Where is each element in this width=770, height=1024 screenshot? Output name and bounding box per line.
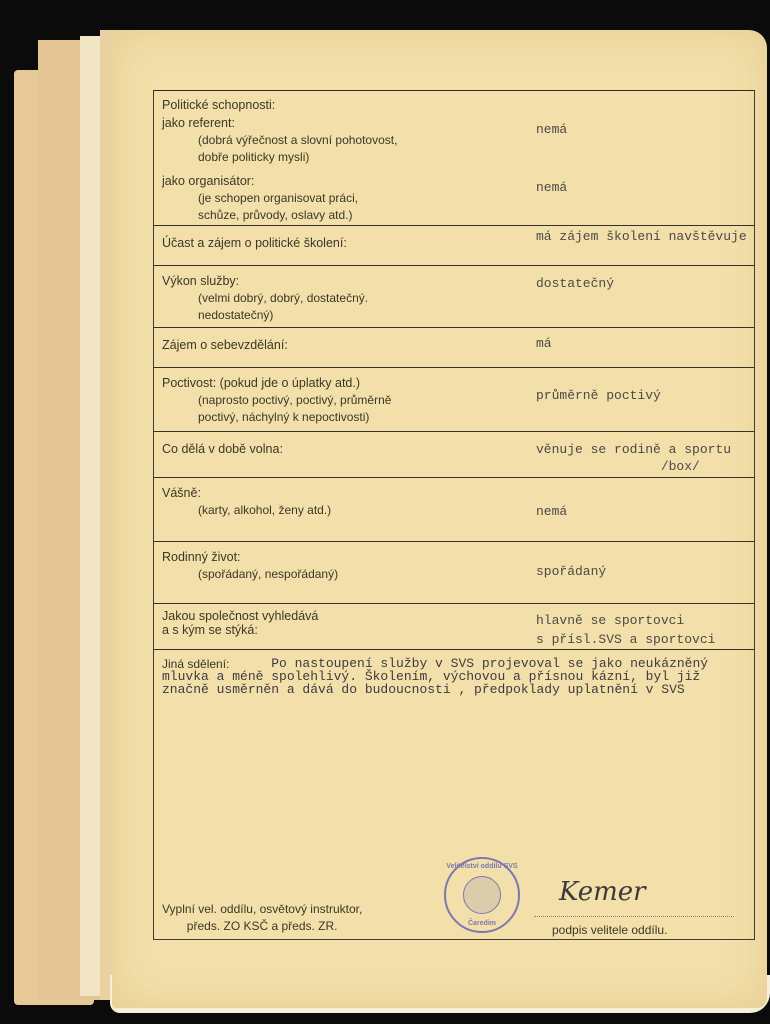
label-text: Poctivost: (pokud jde o úplatky atd.) (162, 376, 360, 390)
sublabel: (spořádaný, nespořádaný) (162, 566, 338, 583)
label-text: jako referent: (162, 116, 235, 130)
signature-line (534, 916, 734, 917)
sublabel: (dobrá výřečnost a slovní pohotovost, (162, 132, 397, 149)
label-text: Rodinný život: (162, 550, 241, 564)
row-political-training: Účast a zájem o politické školení: má zá… (154, 225, 754, 266)
label-political-training: Účast a zájem o politické školení: (162, 235, 347, 252)
row-family-life: Rodinný život: (spořádaný, nespořádaný) … (154, 541, 754, 604)
row-self-education: Zájem o sebevzdělání: má (154, 327, 754, 368)
stamp-text-bottom: Čaredim (446, 920, 518, 927)
value-as-organiser: nemá (536, 179, 567, 196)
sublabel: (je schopen organisovat práci, (162, 190, 358, 207)
sublabel: (karty, alkohol, ženy atd.) (162, 502, 331, 519)
label-as-organiser: jako organisátor: (je schopen organisova… (162, 173, 358, 224)
label-honesty: Poctivost: (pokud jde o úplatky atd.) (n… (162, 375, 391, 426)
value-free-time: věnuje se rodině a sportu /box/ (536, 441, 731, 475)
sublabel: (naprosto poctivý, poctivý, průměrně (162, 392, 391, 409)
value-self-education: má (536, 335, 552, 352)
sublabel: (velmi dobrý, dobrý, dostatečný. (162, 290, 368, 307)
value-family-life: spořádaný (536, 563, 606, 580)
emblem-icon (463, 876, 501, 914)
value-as-speaker: nemá (536, 121, 567, 138)
label-vices: Vášně: (karty, alkohol, ženy atd.) (162, 485, 331, 519)
label-family-life: Rodinný život: (spořádaný, nespořádaný) (162, 549, 338, 583)
value-political-training: má zájem školení navštěvuje (536, 228, 747, 245)
evaluation-form: Politické schopnosti: jako referent: (do… (153, 90, 755, 940)
value-company: hlavně se sportovci s přísl.SVS a sporto… (536, 611, 715, 649)
value-honesty: průměrně poctivý (536, 387, 661, 404)
stamp-text-top: Velitelství oddílu SVS (446, 863, 518, 870)
sublabel: schůze, průvody, oslavy atd.) (162, 207, 358, 224)
row-honesty: Poctivost: (pokud jde o úplatky atd.) (n… (154, 367, 754, 432)
row-company: Jakou společnost vyhledává a s kým se st… (154, 603, 754, 650)
signature-label: podpis velitele oddílu. (552, 923, 667, 937)
row-vices: Vášně: (karty, alkohol, ženy atd.) nemá (154, 477, 754, 542)
row-service-performance: Výkon služby: (velmi dobrý, dobrý, dosta… (154, 265, 754, 328)
label-political-abilities: Politické schopnosti: (162, 97, 275, 114)
label-text: jako organisátor: (162, 174, 254, 188)
filled-by-line1: Vyplní vel. oddílu, osvětový instruktor, (162, 901, 362, 918)
unit-stamp: Velitelství oddílu SVS Čaredim (444, 857, 520, 933)
sublabel: nedostatečný) (162, 307, 368, 324)
commander-signature: Kemer (559, 877, 646, 907)
sublabel: poctivý, náchylný k nepoctivosti) (162, 409, 391, 426)
label-self-education: Zájem o sebevzdělání: (162, 337, 288, 354)
label-company: Jakou společnost vyhledává a s kým se st… (162, 609, 318, 637)
value-other-notes: Po nastoupení služby v SVS projevoval se… (162, 657, 748, 696)
filled-by-note: Vyplní vel. oddílu, osvětový instruktor,… (162, 901, 362, 935)
row-political-abilities: Politické schopnosti: jako referent: (do… (154, 91, 754, 226)
row-free-time: Co dělá v době volna: věnuje se rodině a… (154, 431, 754, 478)
label-service-performance: Výkon služby: (velmi dobrý, dobrý, dosta… (162, 273, 368, 324)
value-service-performance: dostatečný (536, 275, 614, 292)
label-text: Výkon služby: (162, 274, 239, 288)
label-free-time: Co dělá v době volna: (162, 441, 283, 458)
sublabel: dobře politicky mysli) (162, 149, 397, 166)
label-as-speaker: jako referent: (dobrá výřečnost a slovní… (162, 115, 397, 166)
filled-by-line2: předs. ZO KSČ a předs. ZR. (162, 918, 362, 935)
value-vices: nemá (536, 503, 567, 520)
label-text: Vášně: (162, 486, 201, 500)
